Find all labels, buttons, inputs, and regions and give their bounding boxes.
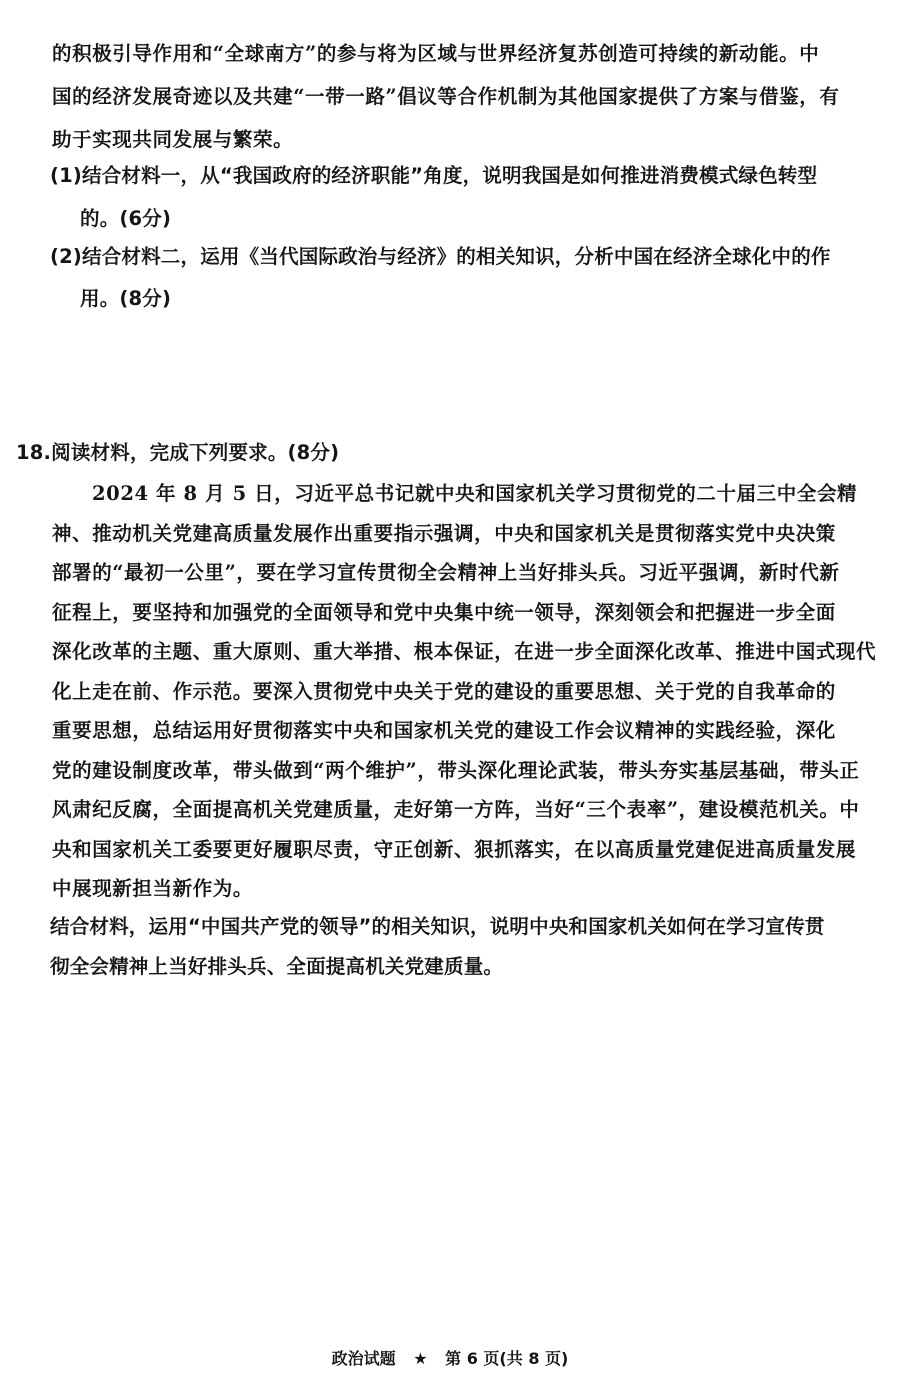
subquestion-2-cont: 用。(8分) [80, 283, 171, 311]
text-line: 的积极引导作用和“全球南方”的参与将为区域与世界经济复苏创造可持续的新动能。中 [52, 38, 819, 66]
text-line: 部署的“最初一公里”，要在学习宣传贯彻全会精神上当好排头兵。习近平强调，新时代新 [52, 557, 839, 585]
question-18-title: 18.阅读材料，完成下列要求。(8分) [16, 437, 339, 465]
footer-page-number: 第 6 页(共 8 页) [445, 1349, 568, 1368]
text-line: 2024 年 8 月 5 日，习近平总书记就中央和国家机关学习贯彻党的二十届三中… [92, 478, 857, 506]
text-line: 征程上，要坚持和加强党的全面领导和党中央集中统一领导，深刻领会和把握进一步全面 [52, 597, 836, 625]
text-line: 结合材料，运用“中国共产党的领导”的相关知识，说明中央和国家机关如何在学习宣传贯 [50, 911, 825, 939]
page-footer: 政治试题 ★ 第 6 页(共 8 页) [0, 1346, 900, 1369]
text-line: 国的经济发展奇迹以及共建“一带一路”倡议等合作机制为其他国家提供了方案与借鉴，有 [52, 81, 839, 109]
text-line: 央和国家机关工委要更好履职尽责，守正创新、狠抓落实，在以高质量党建促进高质量发展 [52, 834, 856, 862]
subquestion-2: (2)结合材料二，运用《当代国际政治与经济》的相关知识，分析中国在经济全球化中的… [50, 241, 831, 269]
text-line: 中展现新担当新作为。 [52, 873, 253, 901]
text-line: 化上走在前、作示范。要深入贯彻党中央关于党的建设的重要思想、关于党的自我革命的 [52, 676, 836, 704]
star-icon: ★ [413, 1349, 427, 1368]
text-line: 风肃纪反腐，全面提高机关党建质量，走好第一方阵，当好“三个表率”，建设模范机关。… [52, 794, 860, 822]
text-line: 深化改革的主题、重大原则、重大举措、根本保证，在进一步全面深化改革、推进中国式现… [52, 636, 876, 664]
text-line: 党的建设制度改革，带头做到“两个维护”，带头深化理论武装，带头夯实基层基础，带头… [52, 755, 860, 783]
text-line: 神、推动机关党建高质量发展作出重要指示强调，中央和国家机关是贯彻落实党中央决策 [52, 518, 836, 546]
subquestion-1: (1)结合材料一，从“我国政府的经济职能”角度，说明我国是如何推进消费模式绿色转… [50, 160, 817, 188]
text-line: 助于实现共同发展与繁荣。 [52, 124, 293, 152]
text-line: 重要思想，总结运用好贯彻落实中央和国家机关党的建设工作会议精神的实践经验，深化 [52, 715, 836, 743]
subquestion-1-cont: 的。(6分) [80, 203, 171, 231]
text-line: 彻全会精神上当好排头兵、全面提高机关党建质量。 [50, 951, 503, 979]
footer-subject: 政治试题 [332, 1349, 396, 1368]
